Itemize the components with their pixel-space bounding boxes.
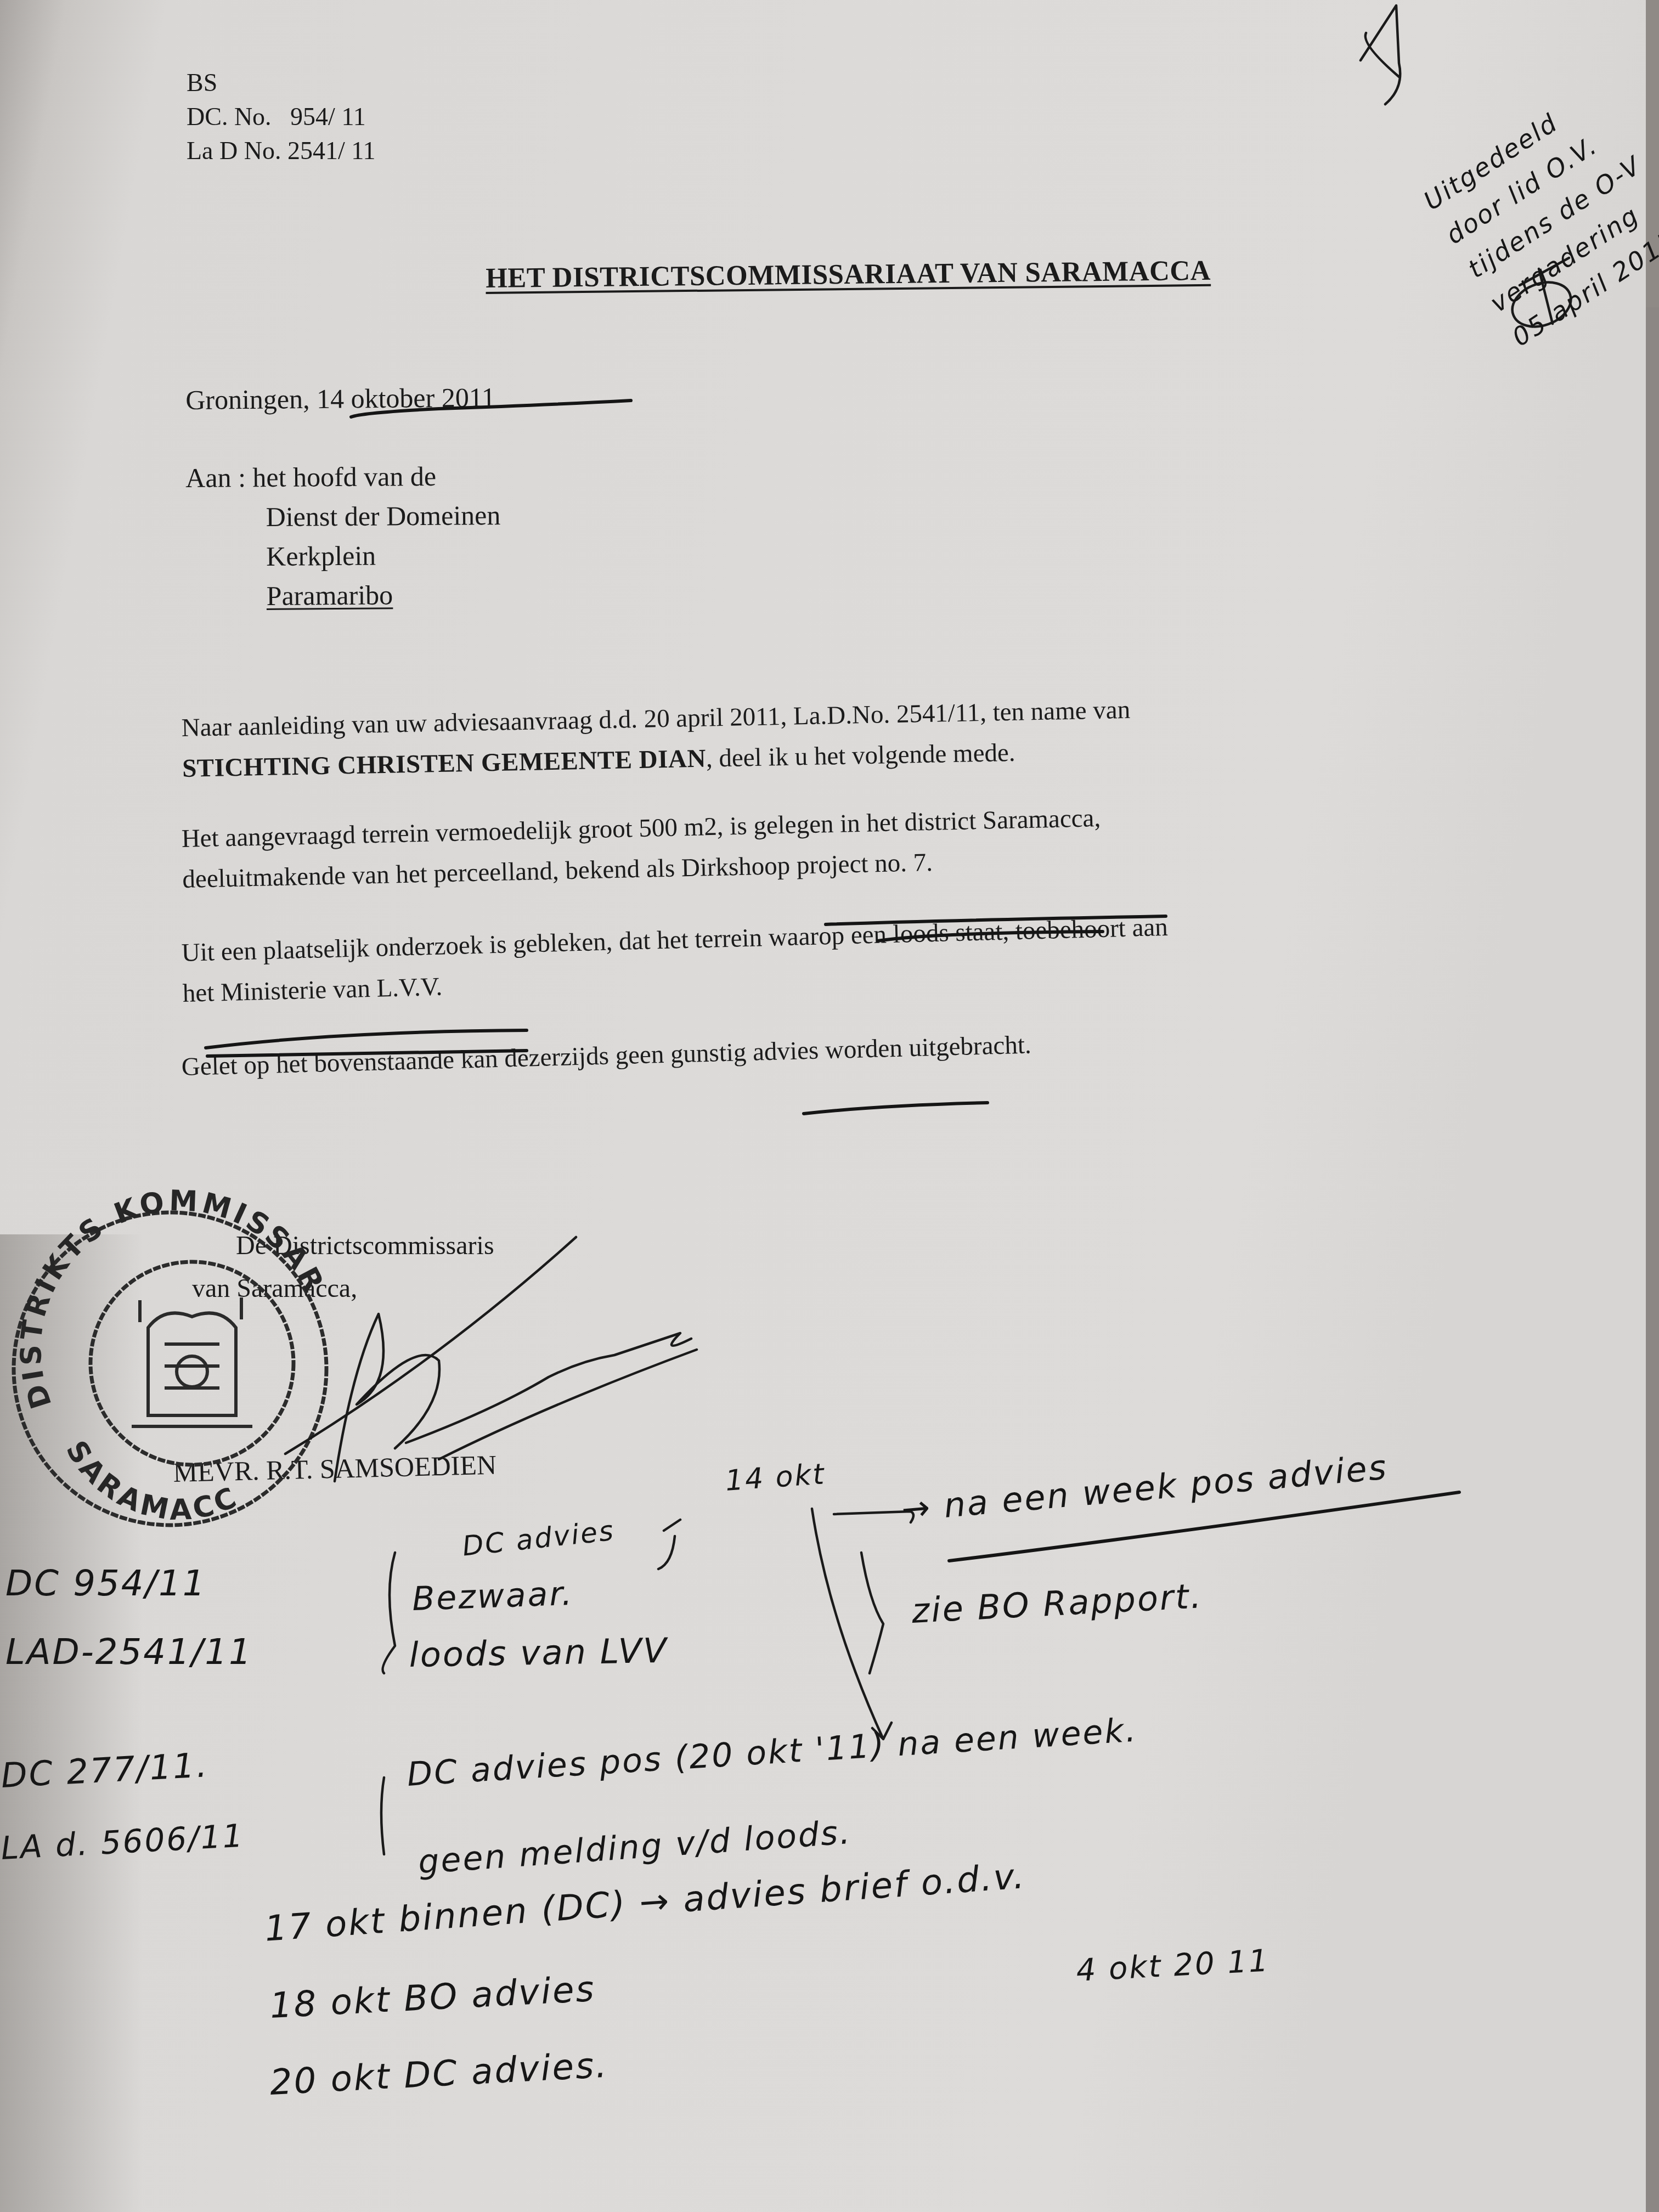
note-date-14okt: 14 okt	[724, 1458, 827, 1498]
note-ref-1a: DC 954/11	[5, 1564, 206, 1604]
place: Groningen,	[185, 383, 310, 415]
addressee-line4: Paramaribo	[267, 579, 393, 611]
addressee-line3: Kerkplein	[186, 535, 501, 577]
ref-bs: BS	[187, 66, 376, 100]
ref-lad-number: La D No. 2541/ 11	[187, 134, 376, 168]
applicant-name: STICHTING CHRISTEN GEMEENTE DIAN	[182, 744, 707, 783]
addressee-line1: het hoofd van de	[252, 461, 436, 493]
addressee-label: Aan :	[185, 462, 246, 493]
addressee-line2: Dienst der Domeinen	[186, 495, 501, 537]
note-ref-1b: LAD-2541/11	[5, 1632, 253, 1673]
reference-block: BS DC. No. 954/ 11 La D No. 2541/ 11	[187, 66, 376, 168]
paper-shadow	[0, 1234, 143, 2212]
date: 14 oktober 2011	[317, 382, 495, 414]
p1-line2-rest: , deel ik u het volgende mede.	[706, 738, 1015, 773]
addressee-block: Aan : het hoofd van de Dienst der Domein…	[185, 456, 501, 616]
note-loods-lvv: loods van LVV	[409, 1630, 668, 1675]
role-line2: van Saramacca,	[192, 1267, 494, 1310]
signature-role: De Districtscommissaris van Saramacca,	[236, 1224, 494, 1310]
ref-dc-number: DC. No. 954/ 11	[187, 100, 376, 134]
role-line1: De Districtscommissaris	[236, 1224, 494, 1267]
place-date: Groningen, 14 oktober 2011	[185, 381, 495, 416]
note-bezwaar: Bezwaar.	[411, 1575, 574, 1618]
